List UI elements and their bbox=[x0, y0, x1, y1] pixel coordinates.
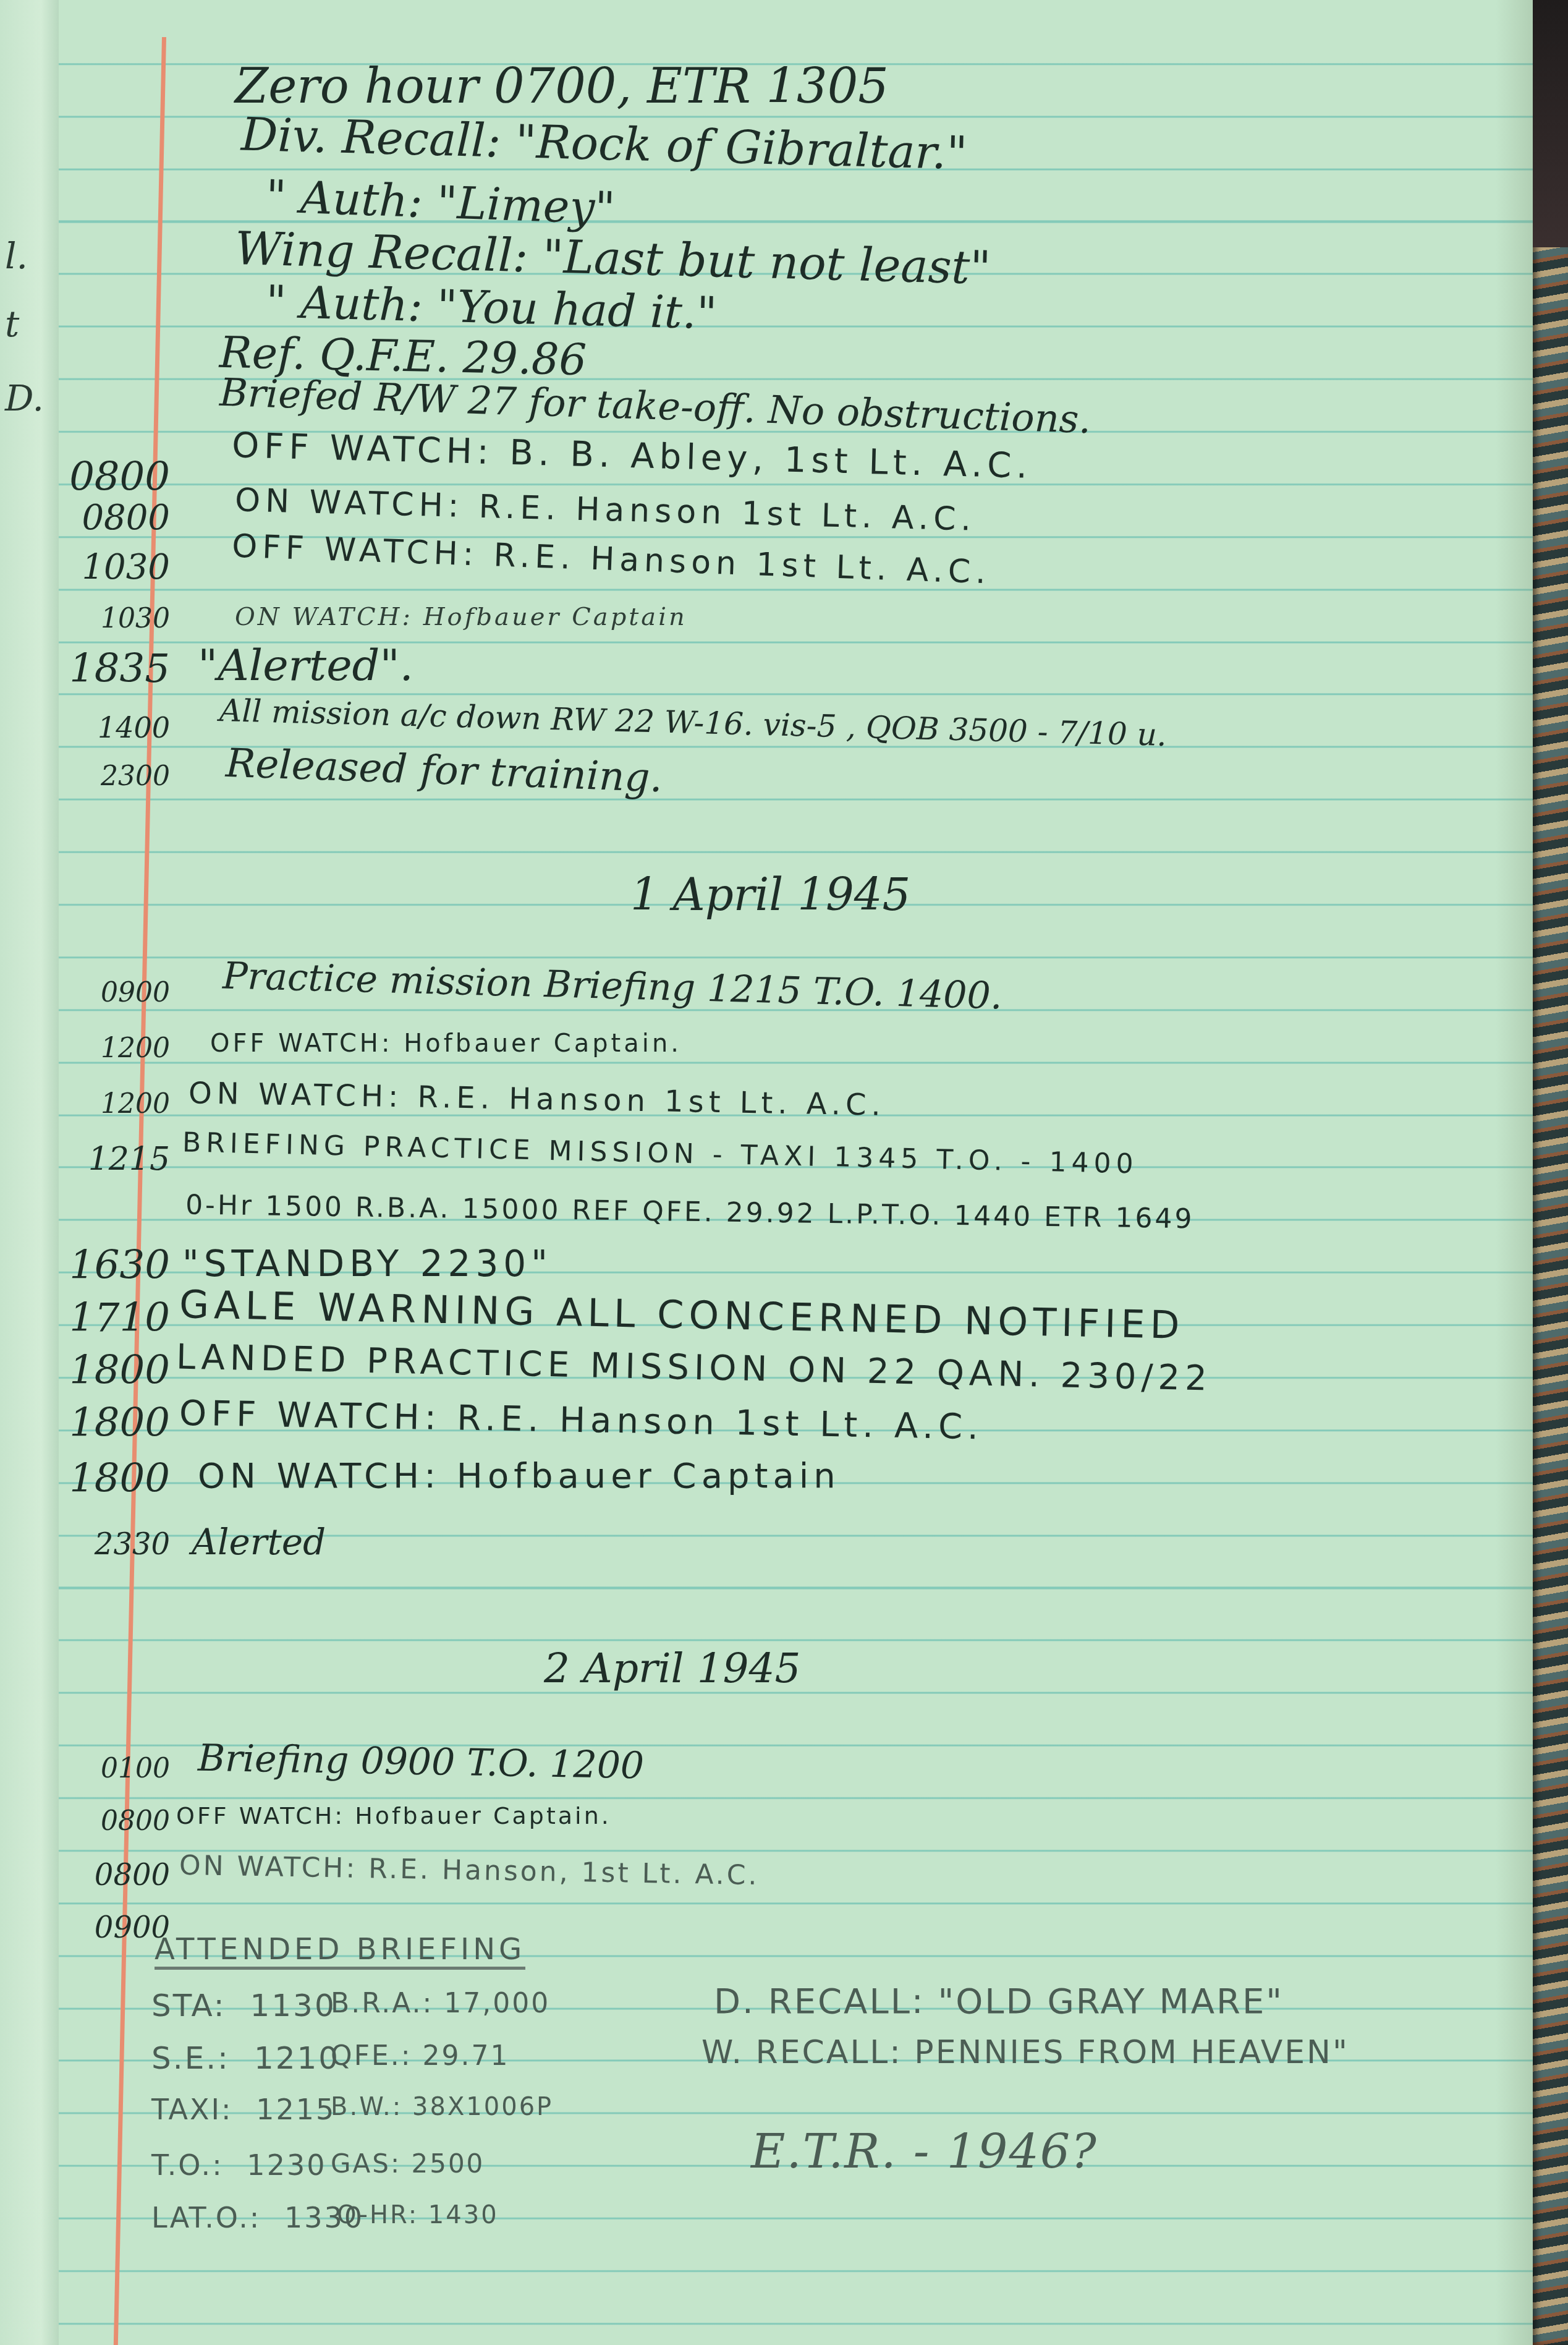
book-cover-shadow bbox=[1533, 0, 1568, 247]
entry-time: 1030 bbox=[59, 603, 170, 634]
briefing-row: LAT.O.: 1330 O-HR: 1430 bbox=[151, 2201, 364, 2234]
briefing-row: STA: 1130 B.R.A.: 17,000 D. RECALL: "OLD… bbox=[151, 1988, 336, 2024]
entry-time: 0100 bbox=[59, 1753, 170, 1784]
entry-time: 2330 bbox=[59, 1527, 170, 1562]
date-heading: 2 April 1945 bbox=[544, 1645, 801, 1692]
entry-text: ATTENDED BRIEFING bbox=[155, 1932, 525, 1970]
entry-text: ON WATCH: Hofbauer Captain bbox=[198, 1456, 841, 1496]
entry-time: 1030 bbox=[59, 547, 170, 587]
briefing-item: O-HR: 1430 bbox=[337, 2201, 499, 2229]
entry-time: 1200 bbox=[59, 1088, 170, 1120]
entry-time: 0800 bbox=[59, 1858, 170, 1892]
briefing-time: 1230 bbox=[247, 2148, 326, 2182]
entry-text: "STANDBY 2230" bbox=[182, 1243, 553, 1285]
briefing-note: W. RECALL: PENNIES FROM HEAVEN" bbox=[701, 2034, 1349, 2071]
briefing-item: B.R.A.: 17,000 bbox=[331, 1988, 550, 2019]
entry-time: 1630 bbox=[59, 1243, 170, 1288]
entry-text: ON WATCH: Hofbauer Captain bbox=[235, 603, 687, 631]
entry-time: 1800 bbox=[59, 1348, 170, 1394]
briefing-label: S.E.: bbox=[151, 2040, 230, 2076]
briefing-time: 1210 bbox=[254, 2040, 340, 2076]
briefing-label: LAT.O.: bbox=[151, 2201, 261, 2234]
briefing-label: TAXI: bbox=[151, 2093, 233, 2126]
entry-time: 0900 bbox=[59, 1910, 170, 1945]
zero-hour-note: Zero hour 0700, ETR 1305 bbox=[235, 59, 889, 114]
entry-time: 1710 bbox=[59, 1295, 170, 1341]
prev-page-fragment: D. bbox=[5, 377, 44, 419]
briefing-note: D. RECALL: "OLD GRAY MARE" bbox=[714, 1981, 1284, 2022]
entry-time: 1800 bbox=[59, 1400, 170, 1446]
prev-page-fragment: t bbox=[5, 303, 19, 345]
entry-time: 1835 bbox=[59, 646, 170, 692]
entry-time: 0900 bbox=[59, 977, 170, 1008]
entry-time: 0800 bbox=[59, 1805, 170, 1837]
date-heading: 1 April 1945 bbox=[630, 869, 910, 921]
briefing-row: T.O.: 1230 GAS: 2500 E.T.R. - 1946? bbox=[151, 2148, 326, 2182]
entry-time: 1400 bbox=[59, 711, 170, 744]
entry-text: Briefing 0900 T.O. 1200 bbox=[197, 1737, 644, 1788]
previous-page-edge: l. t D. bbox=[0, 0, 60, 2345]
entry-text: OFF WATCH: Hofbauer Captain. bbox=[176, 1802, 611, 1829]
briefing-label: STA: bbox=[151, 1988, 226, 2024]
entry-time: 0800 bbox=[59, 498, 170, 538]
briefing-time: 1130 bbox=[250, 1988, 336, 2024]
entry-text: Alerted bbox=[192, 1521, 326, 1563]
briefing-item: QFE.: 29.71 bbox=[331, 2040, 510, 2072]
marbled-book-cover bbox=[1533, 0, 1568, 2345]
entry-time: 0800 bbox=[59, 454, 170, 500]
entry-time: 1200 bbox=[59, 1032, 170, 1064]
prev-page-fragment: l. bbox=[5, 235, 28, 277]
briefing-note: E.T.R. - 1946? bbox=[751, 2124, 1098, 2179]
briefing-row: S.E.: 1210 QFE.: 29.71 W. RECALL: PENNIE… bbox=[151, 2040, 340, 2076]
briefing-row: TAXI: 1215 B.W.: 38X1006P bbox=[151, 2093, 336, 2126]
entry-text: OFF WATCH: Hofbauer Captain. bbox=[210, 1029, 682, 1058]
briefing-item: B.W.: 38X1006P bbox=[331, 2093, 553, 2121]
logbook-photo: l. t D. Zero hour 0700, ETR 1305 Div. Re… bbox=[0, 0, 1568, 2345]
entry-time: 1215 bbox=[59, 1141, 170, 1178]
briefing-time: 1215 bbox=[256, 2093, 336, 2126]
briefing-item: GAS: 2500 bbox=[331, 2148, 485, 2179]
entry-time: 1800 bbox=[59, 1456, 170, 1502]
entry-time: 2300 bbox=[59, 760, 170, 792]
entry-text: "Alerted". bbox=[198, 640, 413, 691]
briefing-label: T.O.: bbox=[151, 2148, 224, 2182]
